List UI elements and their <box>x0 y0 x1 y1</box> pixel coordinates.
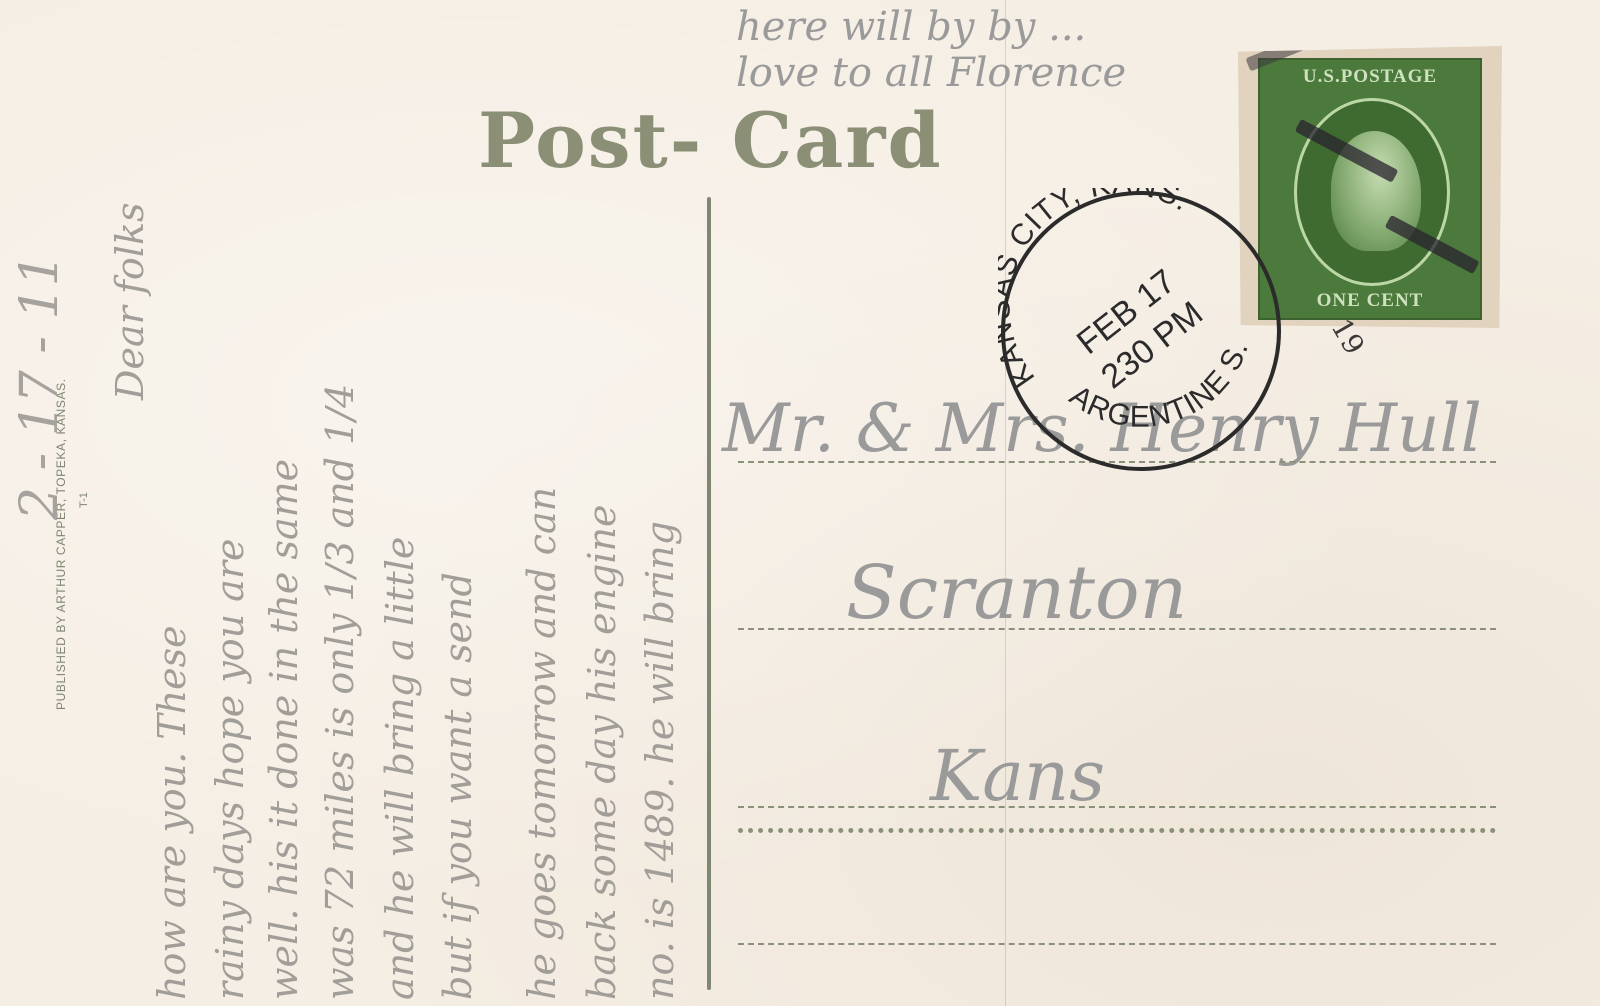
top-note-line: love to all Florence <box>736 50 1126 96</box>
address-state: Kans <box>930 735 1105 817</box>
address-line <box>738 806 1496 808</box>
message-line: was 72 miles is only 1/3 and 1/4 <box>318 384 362 1000</box>
stamp-value-text: ONE CENT <box>1260 290 1480 312</box>
message-line: and he will bring a little <box>378 537 422 1000</box>
series-code: T-1 <box>78 492 90 508</box>
message-line: rainy days hope you are <box>208 539 252 1000</box>
message-line: but if you want a send <box>436 572 480 1000</box>
message-line: he goes tomorrow and can <box>520 487 564 1000</box>
postcard-back: Post- Card PUBLISHED BY ARTHUR CAPPER, T… <box>0 0 1600 1006</box>
stamp-top-text: U.S.POSTAGE <box>1260 66 1480 88</box>
fold-crease <box>1005 0 1006 1006</box>
card-divider <box>707 197 711 990</box>
address-city: Scranton <box>846 550 1187 636</box>
message-date: 2 - 17 - 11 <box>10 253 70 520</box>
top-note-line: here will by by ... <box>736 4 1086 50</box>
message-line: Dear folks <box>108 203 152 400</box>
message-line: no. is 1489. he will bring <box>638 521 682 1000</box>
postmark: KANSAS CITY, KANS. ARGENTINE S. FEB 17 2… <box>998 188 1284 474</box>
message-line: how are you. These <box>150 625 194 1000</box>
franklin-portrait-icon <box>1294 98 1450 286</box>
address-line-heavy <box>738 828 1496 833</box>
message-line: back some day his engine <box>580 505 624 1000</box>
message-line: well. his it done in the same <box>262 459 306 1000</box>
post-card-title: Post- Card <box>478 96 943 185</box>
address-line <box>738 943 1496 945</box>
address-line <box>738 628 1496 630</box>
